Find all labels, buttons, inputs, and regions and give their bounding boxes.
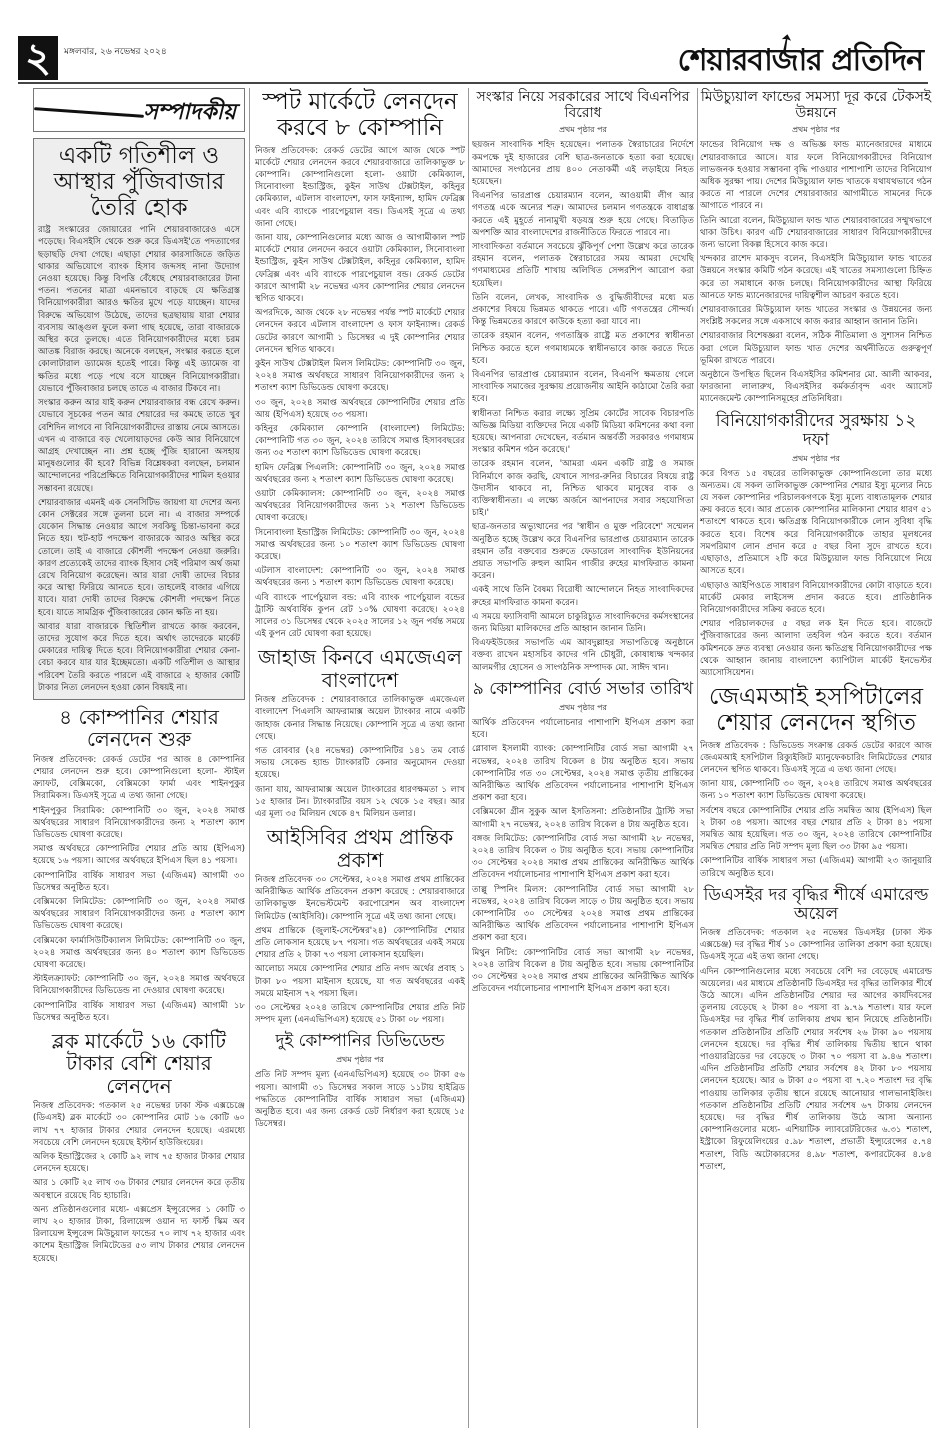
editorial-label: সম্পাদকীয় (143, 95, 236, 132)
paragraph: স্টাইলক্র্যাফট: কোম্পানিটি ৩০ জুন, ২০২৪ … (33, 973, 245, 997)
article-headline: ডিএসইর দর বৃদ্ধির শীর্ষে এমারেল্ড অয়েল (700, 886, 932, 924)
paragraph: নিজস্ব প্রতিবেদক: গতকাল ২৫ নভেম্বর ডিএসই… (700, 927, 932, 964)
editorial-article: একটি গতিশীল ও আস্থার পুঁজিবাজার তৈরি হোক… (33, 138, 245, 700)
paragraph: করে বিগত ১৫ বছরের তালিকাভুক্ত কোম্পানিগু… (700, 468, 932, 578)
paragraph: নিজস্ব প্রতিবেদক: গতকাল ২৫ নভেম্বর ঢাকা … (33, 1100, 245, 1149)
paragraph: এটলাস বাংলাদেশ: কোম্পানিটি ৩০ জুন, ২০২৪ … (255, 565, 465, 589)
paragraph: খন্দকার রাশেদ মাকসুদ বলেন, বিএসইসি মিউচ্… (700, 253, 932, 302)
column-4: মিউচ্যুয়াল ফান্ডের সমস্যা দূর করে টেকসই… (700, 88, 932, 1452)
article-headline: ৯ কোম্পানির বোর্ড সভার তারিখ (472, 680, 694, 699)
paragraph: রাষ্ট্র সংস্কারের জোয়ারের পানি শেয়ারবা… (38, 224, 240, 395)
paragraph: এদিন কোম্পানিগুলোর মধ্যে সবচেয়ে বেশি দর… (700, 966, 932, 1173)
investor-safety-article: বিনিয়োগকারীদের সুরক্ষায় ১২ দফা প্রথম প… (700, 412, 932, 680)
paragraph: ছাত্র-জনতার অভ্যুত্থানের পর 'স্বাধীন ও ম… (472, 521, 694, 582)
paragraph: আর ১ কোটি ২৫ লাখ ৩৬ টাকার শেয়ার লেনদেন … (33, 1177, 245, 1201)
paragraph: ৩০ সেপ্টেম্বর ২০২৪ তারিখে কোম্পানিটির শে… (255, 1002, 465, 1026)
block-market-article: ব্লক মার্কেটে ১৬ কোটি টাকার বেশি শেয়ার … (33, 1030, 245, 1265)
paragraph: কোম্পানিটির বার্ষিক সাধারণ সভা (এজিএম) আ… (33, 870, 245, 894)
paragraph: শেয়ার পরিচালকদের ৫ বছর লক ইন দিতে হবে। … (700, 618, 932, 679)
paragraph: সাংবাদিকতা বর্তমানে সবচেয়ে ঝুঁকিপূর্ণ প… (472, 241, 694, 290)
paragraph: মিথুন নিটিং: কোম্পানিটির বোর্ড সভা আগামী… (472, 947, 694, 996)
paragraph: প্রথম প্রান্তিকে (জুলাই-সেপ্টেম্বর'২৪) ক… (255, 925, 465, 962)
paragraph: আলোচ্য সময়ে কোম্পানির শেয়ার প্রতি নগদ … (255, 963, 465, 1000)
column-divider (468, 88, 469, 1428)
two-dividend-article: দুই কোম্পানির ডিভিডেন্ড প্রথম পৃষ্ঠার পর… (255, 1032, 465, 1130)
paragraph: ওয়াটা কেমিক্যালস: কোম্পানিটি ৩০ জুন, ২০… (255, 488, 465, 525)
emerald-oil-article: ডিএসইর দর বৃদ্ধির শীর্ষে এমারেল্ড অয়েল … (700, 886, 932, 1173)
jmi-hospital-article: জেএমআই হসপিটালের শেয়ার লেনদেন স্থগিত নি… (700, 685, 932, 880)
paragraph: বিএনপির ভারপ্রাপ্ত চেয়ারম্যান বলেন, আওয… (472, 190, 694, 239)
paragraph: নিজস্ব প্রতিবেদক : ডিভিডেন্ড সংক্রান্ত র… (700, 740, 932, 777)
paragraph: শেয়ারবাজার এমনই এক সেনসিটিভ জায়গা যা দ… (38, 497, 240, 619)
paragraph: স্বাধীনতা নিশ্চিত করার লক্ষ্যে সুপ্রিম ক… (472, 408, 694, 457)
editorial-banner: সম্পাদকীয় (33, 88, 245, 132)
mutual-fund-article: মিউচ্যুয়াল ফান্ডের সমস্যা দূর করে টেকসই… (700, 90, 932, 406)
continued-label: প্রথম পৃষ্ঠার পর (472, 124, 694, 137)
paragraph: তারেক রহমান বলেন, 'আমরা এমন একটি রাষ্ট্র… (472, 458, 694, 519)
paragraph: এ সময়ে ফ্যাসিবাদী আমলে চাকুরিচ্যুত সাংব… (472, 611, 694, 635)
paragraph: বেক্সিমকো গ্রীন সুকুক আল ইসতিসনা: প্রতিষ… (472, 806, 694, 830)
article-headline: সংস্কার নিয়ে সরকারের সাথে বিএনপির বিরোধ (472, 90, 694, 121)
paragraph: গত রোববার (২৪ নভেম্বর) কোম্পানিটির ১৪১ ত… (255, 745, 465, 782)
column-divider (249, 88, 250, 1428)
paragraph: ৩০ জুন, ২০২৪ সমাপ্ত অর্থবছরে কোম্পানিটির… (255, 397, 465, 421)
paragraph: সংস্কার করুন আর যাই করুন শেয়ারবাজার বন্… (38, 397, 240, 495)
article-headline: বিনিয়োগকারীদের সুরক্ষায় ১২ দফা (700, 412, 932, 450)
article-headline: স্পট মার্কেটে লেনদেন করবে ৮ কোম্পানি (255, 90, 465, 142)
column-divider (697, 88, 698, 1428)
paragraph: জানা যায়, কোম্পানিগুলোর মধ্যে আজ ও আগাম… (255, 232, 465, 305)
issue-date: মঙ্গলবার, ২৬ নভেম্বর ২০২৪ (64, 44, 167, 59)
paragraph: তিনি বলেন, লেখক, সাংবাদিক ও বুদ্ধিজীবীদে… (472, 292, 694, 329)
paragraph: বিএফইউজের সভাপতি এম আবদুল্লাহর সভাপতিত্ব… (472, 637, 694, 674)
paragraph: কোম্পানিটির বার্ষিক সাধারণ সভা (এজিএম) আ… (33, 1000, 245, 1024)
paragraph: আর্থিক প্রতিবেদন পর্যালোচনার পাশাপাশি ইপ… (472, 717, 694, 741)
icb-article: আইসিবির প্রথম প্রান্তিক প্রকাশ নিজস্ব প্… (255, 826, 465, 1026)
continued-label: প্রথম পৃষ্ঠার পর (255, 1054, 465, 1067)
paragraph: গ্লোবাল ইসলামী ব্যাংক: কোম্পানিটির বোর্ড… (472, 743, 694, 804)
board-meetings-article: ৯ কোম্পানির বোর্ড সভার তারিখ প্রথম পৃষ্ঠ… (472, 680, 694, 996)
four-companies-article: ৪ কোম্পানির শেয়ার লেনদেন শুরু নিজস্ব প্… (33, 706, 245, 1024)
paragraph: অনুষ্ঠানে উপস্থিত ছিলেন বিএসইসির কমিশনার… (700, 369, 932, 406)
article-headline: দুই কোম্পানির ডিভিডেন্ড (255, 1032, 465, 1051)
paragraph: আবার যারা বাজারকে স্থিতিশীল রাখতে কাজ কর… (38, 621, 240, 694)
paragraph: সর্বশেষ বছরে কোম্পানিটির শেয়ার প্রতি সম… (700, 805, 932, 854)
brush-stroke-icon (34, 107, 144, 118)
masthead: ২ মঙ্গলবার, ২৬ নভেম্বর ২০২৪ ➚ শেয়ারবাজা… (0, 0, 945, 84)
paragraph: বঙ্গজ লিমিটেড: কোম্পানিটির বোর্ড সভা আগা… (472, 833, 694, 882)
paragraph: হামিদ ফেব্রিক্স পিএলসি: কোম্পানিটি ৩০ জু… (255, 462, 465, 486)
spot-market-article: স্পট মার্কেটে লেনদেন করবে ৮ কোম্পানি নিজ… (255, 90, 465, 640)
paragraph: নিজস্ব প্রতিবেদক: রেকর্ড ডেটের পর আজ ৪ ক… (33, 754, 245, 803)
paragraph: একই সাথে তিনি বৈষম্য বিরোধী আন্দোলনে নিহ… (472, 584, 694, 608)
page-number: ২ (18, 36, 58, 80)
paragraph: জানা যায়, আফরামাক্স অয়েল ট্যাংকারের ধা… (255, 784, 465, 821)
continued-label: প্রথম পৃষ্ঠার পর (472, 702, 694, 715)
paragraph: অপরদিকে, আজ থেকে ২৮ নভেম্বর পর্যন্ত স্পট… (255, 307, 465, 356)
paragraph: এছাড়াও আইপিওতে সাধারণ বিনিয়োগকারীদের ক… (700, 580, 932, 617)
paragraph: তারেক রহমান বলেন, গণতান্ত্রিক রাষ্ট্রে ম… (472, 330, 694, 367)
bnp-reform-article: সংস্কার নিয়ে সরকারের সাথে বিএনপির বিরোধ… (472, 90, 694, 674)
paragraph: জানা যায়, কোম্পানিটি ৩০ জুন, ২০২৪ তারিখ… (700, 778, 932, 802)
column-3: সংস্কার নিয়ে সরকারের সাথে বিএনপির বিরোধ… (472, 88, 694, 1452)
article-headline: জেএমআই হসপিটালের শেয়ার লেনদেন স্থগিত (700, 685, 932, 737)
mjl-ship-article: জাহাজ কিনবে এমজেএল বাংলাদেশ নিজস্ব প্রতি… (255, 646, 465, 820)
paragraph: তাল্লু স্পিনিং মিলস: কোম্পানিটির বোর্ড স… (472, 884, 694, 945)
article-headline: আইসিবির প্রথম প্রান্তিক প্রকাশ (255, 826, 465, 871)
paragraph: অলিক ইন্ডাস্ট্রিজের ২ কোটি ৯২ লাখ ৭৫ হাজ… (33, 1151, 245, 1175)
column-1: সম্পাদকীয় একটি গতিশীল ও আস্থার পুঁজিবাজ… (33, 88, 245, 1452)
paragraph: কোম্পানিটির বার্ষিক সাধারণ সভা (এজিএম) আ… (700, 855, 932, 879)
paragraph: প্রতি নিট সম্পদ মূল্য (এনএভিপিএস) হয়েছে… (255, 1069, 465, 1130)
paragraph: ফান্ডের বিনিয়োগ দক্ষ ও অভিজ্ঞ ফান্ড ম্য… (700, 139, 932, 212)
paragraph: শেয়ারবাজার বিশেষজ্ঞরা বলেন, সঠিক নীতিমা… (700, 330, 932, 367)
paragraph: কুইন সাউথ টেক্সটাইল মিলস লিমিটেড: কোম্পা… (255, 358, 465, 395)
paragraph: সিনোবাংলা ইন্ডাস্ট্রিজ লিমিটেড: কোম্পানি… (255, 527, 465, 564)
paragraph: তিনি আরো বলেন, মিউচ্যুয়াল ফান্ড খাত শেয… (700, 215, 932, 252)
paragraph: এবি ব্যাংকে পার্পেচুয়াল বন্ড: এবি ব্যাং… (255, 592, 465, 641)
article-headline: মিউচ্যুয়াল ফান্ডের সমস্যা দূর করে টেকসই… (700, 90, 932, 121)
paragraph: অন্য প্রতিষ্ঠানগুলোর মধ্যে- এক্সপ্রেস ইন… (33, 1204, 245, 1265)
editorial-headline: একটি গতিশীল ও আস্থার পুঁজিবাজার তৈরি হোক (38, 144, 240, 221)
masthead-rule (18, 82, 928, 84)
paragraph: কহিনুর কেমিক্যাল কোম্পানি (বাংলাদেশ) লিম… (255, 423, 465, 460)
paragraph: সমাপ্ত অর্থবছরে কোম্পানিটির শেয়ার প্রতি… (33, 843, 245, 867)
paragraph: নিজস্ব প্রতিবেদক: রেকর্ড ডেটের আগে আজ থে… (255, 145, 465, 230)
newspaper-logo: শেয়ারবাজার প্রতিদিন (678, 36, 923, 87)
article-headline: জাহাজ কিনবে এমজেএল বাংলাদেশ (255, 646, 465, 691)
column-2: স্পট মার্কেটে লেনদেন করবে ৮ কোম্পানি নিজ… (255, 88, 465, 1452)
article-headline: ব্লক মার্কেটে ১৬ কোটি টাকার বেশি শেয়ার … (33, 1030, 245, 1097)
article-headline: ৪ কোম্পানির শেয়ার লেনদেন শুরু (33, 706, 245, 751)
paragraph: শাইনপুকুর সিরামিক: কোম্পানিটি ৩০ জুন, ২০… (33, 805, 245, 842)
continued-label: প্রথম পৃষ্ঠার পর (700, 124, 932, 137)
continued-label: প্রথম পৃষ্ঠার পর (700, 453, 932, 466)
paragraph: বিএনপির ভারপ্রাপ্ত চেয়ারম্যান বলেন, বিএ… (472, 369, 694, 406)
paragraph: নিজস্ব প্রতিবেদক : শেয়ারবাজারে তালিকাভু… (255, 694, 465, 743)
paragraph: বেক্সিমকো লিমিটেড: কোম্পানিটি ৩০ জুন, ২০… (33, 896, 245, 933)
paragraph: শেয়ারবাজারের মিউচ্যুয়াল ফান্ড খাতের সং… (700, 304, 932, 328)
paragraph: বেক্সিমকো ফার্মাসিউটিক্যালস লিমিটেড: কোম… (33, 935, 245, 972)
paragraph: ছয়জন সাংবাদিক শহিদ হয়েছেন। পলাতক স্বৈর… (472, 139, 694, 188)
paragraph: নিজস্ব প্রতিবেদক ৩০ সেপ্টেম্বর, ২০২৪ সমা… (255, 874, 465, 923)
